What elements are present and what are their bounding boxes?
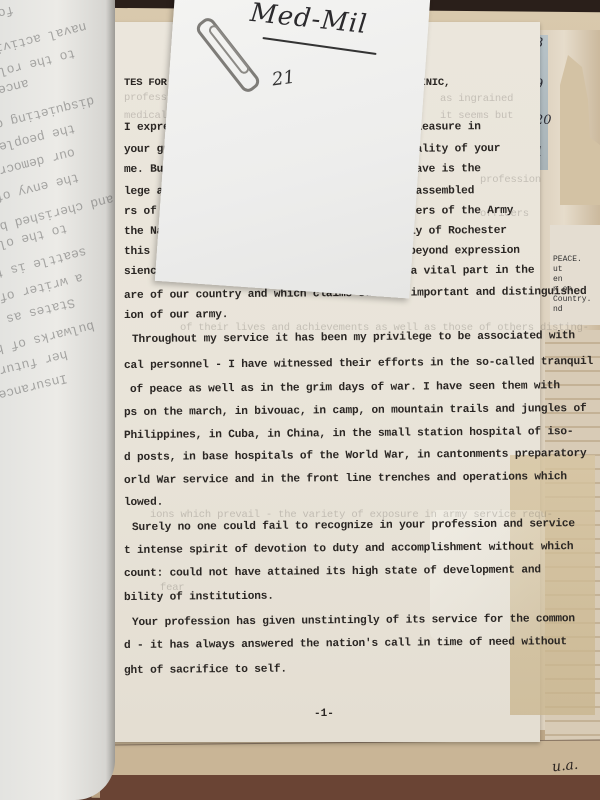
note-card-number: 21 — [271, 67, 297, 91]
mirrored-line: ance. — [0, 76, 30, 100]
folder-lip — [105, 740, 600, 779]
desk-surface — [100, 775, 600, 800]
mirrored-line: for — [0, 2, 15, 22]
page-number: -1- — [314, 708, 334, 720]
typed-line: ion of our army. — [124, 309, 228, 322]
mirrored-line: naval activi — [0, 19, 88, 56]
typed-line: ght of sacrifice to self. — [124, 664, 287, 677]
bleed-through-line: as ingrained — [440, 93, 513, 105]
typed-line: bility of institutions. — [124, 591, 274, 604]
folder-handwriting: u.a. — [551, 757, 579, 776]
note-card[interactable] — [155, 0, 430, 299]
bleed-through-line: profession — [480, 174, 541, 186]
curled-left-page[interactable]: fornaval activito the rolance.disquietin… — [0, 0, 115, 800]
snippet-line: nd — [553, 305, 600, 315]
typed-line: lowed. — [124, 497, 163, 509]
side-page-snippet: PEACE. ut en n on Country. nd — [550, 225, 600, 325]
snippet-line: PEACE. — [553, 255, 600, 265]
snippet-line: en — [553, 275, 600, 285]
snippet-line: ut — [553, 265, 600, 275]
